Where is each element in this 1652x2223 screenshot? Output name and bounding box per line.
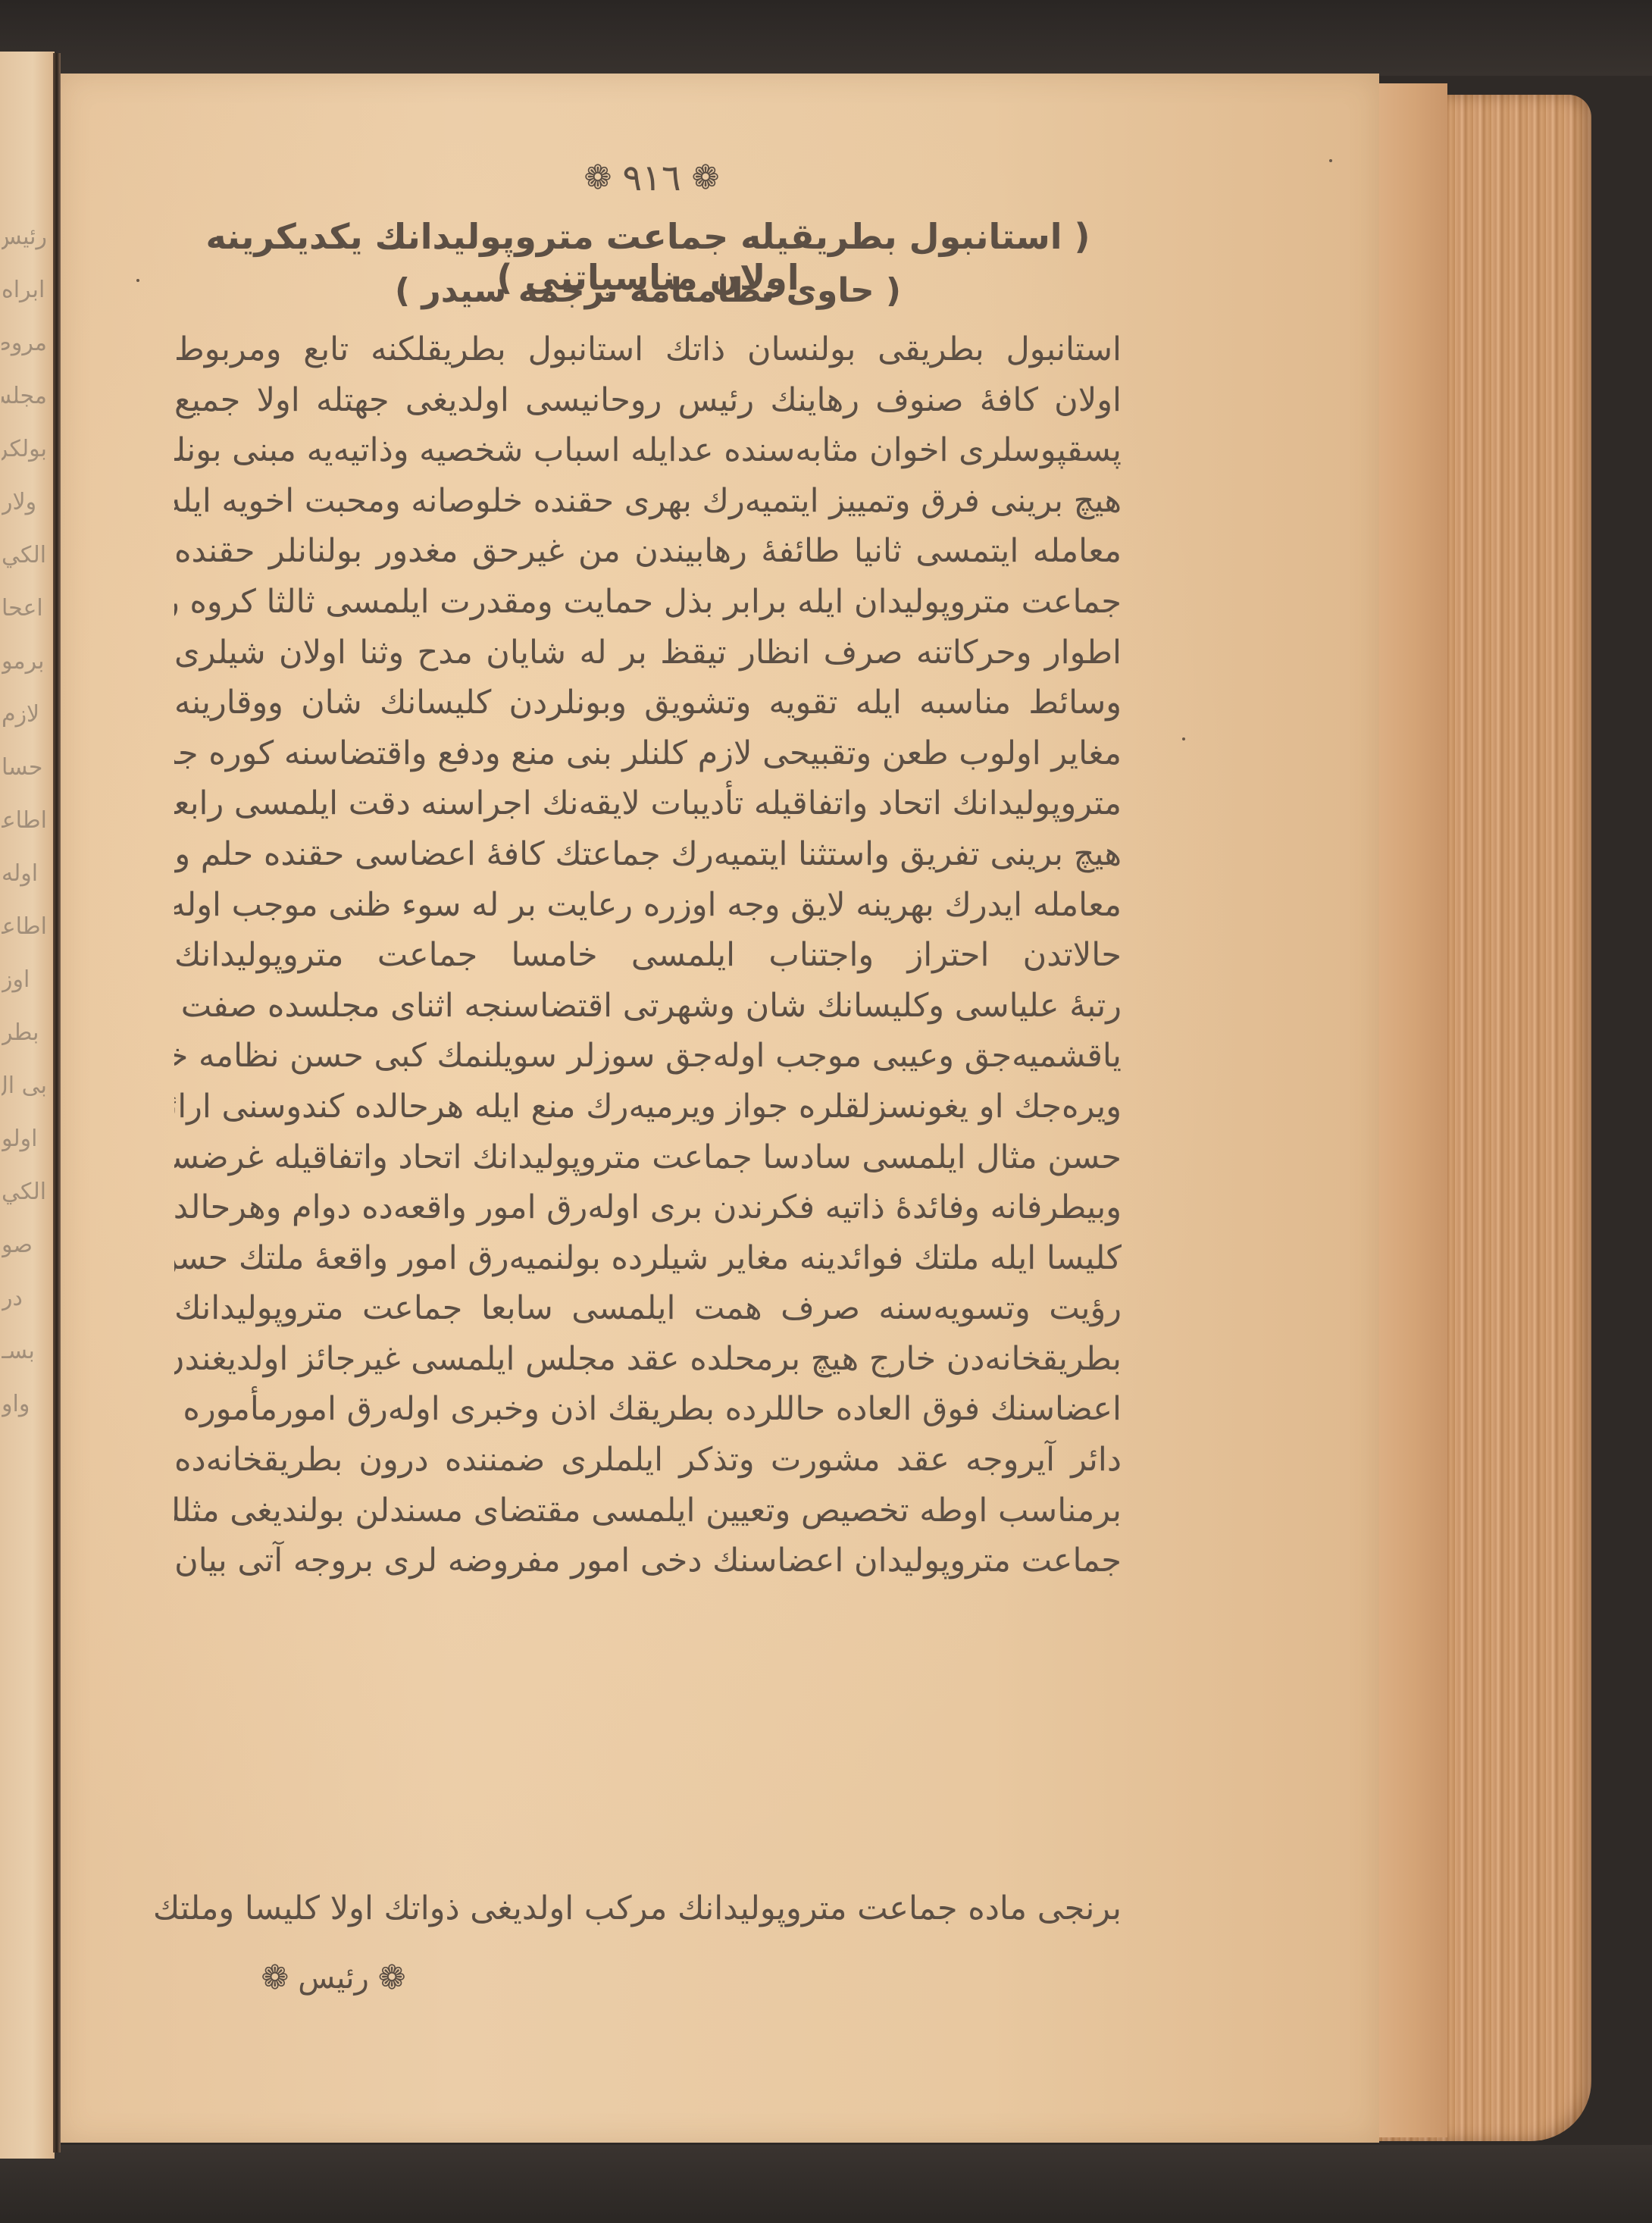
text-line: كليسا ايله ملتك فوائدينه مغاير شيلرده بو… bbox=[174, 1233, 1122, 1284]
text-line: متروپوليدانك اتحاد واتفاقيله تأديبات لاي… bbox=[174, 778, 1122, 829]
text-line: اولان كافهٔ صنوف رهاينك رئيس روحانيسى او… bbox=[174, 375, 1122, 426]
left-fragment-line: صو bbox=[2, 1219, 47, 1272]
left-fragment-line: لازم bbox=[2, 688, 47, 741]
page-number-value: ٩١٦ bbox=[622, 157, 681, 199]
text-line: معامله ايدرك بهرينه لايق وجه اوزره رعايت… bbox=[174, 880, 1122, 931]
floral-ornament-icon: ❁ bbox=[692, 161, 720, 195]
paper-speck bbox=[1329, 159, 1332, 162]
floral-ornament-icon: ❁ bbox=[584, 161, 612, 195]
text-line: برمناسب اوطه تخصيص وتعيين ايلمسى مقتضاى … bbox=[174, 1486, 1122, 1536]
catchword-text: رئيس bbox=[298, 1961, 369, 1996]
text-line: حالاتدن احتراز واجتناب ايلمسى خامسا جماع… bbox=[174, 930, 1122, 981]
left-fragment-line: برمو bbox=[2, 635, 47, 688]
text-line: مغاير اولوب طعن وتقبيحى لازم كلنلر بنى م… bbox=[174, 728, 1122, 779]
article-heading-line: برنجى ماده جماعت متروپوليدانك مركب اولدي… bbox=[174, 1883, 1122, 1933]
text-line: اعضاسنك فوق العاده حاللرده بطريقك اذن وخ… bbox=[174, 1384, 1122, 1435]
text-line: جماعت متروپوليدان ايله برابر بذل حمايت و… bbox=[174, 577, 1122, 628]
body-text: استانبول بطريقى بولنسان ذاتك استانبول بط… bbox=[174, 324, 1122, 1586]
text-line: دائر آيروجه عقد مشورت وتذكر ايلملرى ضمنن… bbox=[174, 1435, 1122, 1486]
paper-speck bbox=[136, 279, 139, 282]
left-fragment-line: اعحا bbox=[2, 582, 47, 635]
text-line: استانبول بطريقى بولنسان ذاتك استانبول بط… bbox=[174, 324, 1122, 375]
left-fragment-line: اوز bbox=[2, 953, 47, 1007]
scanner-background-top bbox=[0, 0, 1652, 76]
text-line: اطوار وحركاتنه صرف انظار تيقظ بر له شايا… bbox=[174, 628, 1122, 678]
scanner-background-bottom bbox=[0, 2145, 1652, 2223]
text-line: ياقشميه‌جق وعيبى موجب اوله‌جق سوزلر سويل… bbox=[174, 1031, 1122, 1082]
section-subtitle: ( حاوى نظامنامه ترجمه سيدر ) bbox=[174, 271, 1122, 310]
text-line: وسائط مناسبه ايله تقويه وتشويق وبونلردن … bbox=[174, 678, 1122, 728]
left-fragment-line: بسـ bbox=[2, 1325, 47, 1378]
left-fragment-line: بولكر bbox=[2, 423, 47, 476]
left-fragment-line: بطر bbox=[2, 1007, 47, 1060]
left-fragment-line: اطاعـ bbox=[2, 794, 47, 847]
text-line: پسقپوسلرى اخوان مثابه‌سنده عدايله اسباب … bbox=[174, 425, 1122, 476]
text-line: معامله ايتمسى ثانيا طائفهٔ رهابيندن من غ… bbox=[174, 526, 1122, 577]
left-fragment-line: اوله bbox=[2, 847, 47, 900]
text-line: جماعت متروپوليدان اعضاسنك دخى امور مفروض… bbox=[174, 1536, 1122, 1586]
left-fragment-line: مروص bbox=[2, 317, 47, 370]
text-line: رؤيت وتسويه‌سنه صرف همت ايلمسى سابعا جما… bbox=[174, 1283, 1122, 1334]
left-fragment-line: رئيس bbox=[2, 211, 47, 264]
left-fragment-line: اطاعـ bbox=[2, 900, 47, 953]
left-fragment-line: بى ال bbox=[2, 1060, 47, 1113]
left-fragment-line: حسا bbox=[2, 741, 47, 794]
left-fragment-line: واو bbox=[2, 1378, 47, 1431]
text-line: حسن مثال ايلمسى سادسا جماعت متروپوليدانك… bbox=[174, 1132, 1122, 1183]
text-line: ويره‌جك او يغونسزلقلره جواز ويرميه‌رك من… bbox=[174, 1082, 1122, 1132]
book-gutter bbox=[53, 53, 61, 2153]
paper-speck bbox=[1182, 737, 1185, 740]
left-fragment-line: الكي bbox=[2, 1166, 47, 1219]
left-fragment-line: الكي bbox=[2, 529, 47, 582]
left-fragment-line: در bbox=[2, 1272, 47, 1325]
left-fragment-line: اولو bbox=[2, 1113, 47, 1166]
text-line: بطريقخانه‌دن خارج هيچ برمحلده عقد مجلس ا… bbox=[174, 1334, 1122, 1385]
floral-ornament-icon: ❁ bbox=[261, 1962, 289, 1995]
text-line: وبيطرفانه وفائدهٔ ذاتيه فكرندن برى اوله‌… bbox=[174, 1182, 1122, 1233]
floral-ornament-icon: ❁ bbox=[378, 1962, 406, 1995]
left-fragment-line: ابراه bbox=[2, 264, 47, 317]
previous-page-fragment: رئيس ابراه مروص مجلس بولكر ولار الكي اعح… bbox=[0, 52, 55, 2159]
left-fragment-line: مجلس bbox=[2, 370, 47, 423]
left-fragment-line: ولار bbox=[2, 476, 47, 529]
page-number: ❁ ٩١٦ ❁ bbox=[561, 148, 743, 208]
text-line: هيچ برينى تفريق واستثنا ايتميه‌رك جماعتك… bbox=[174, 829, 1122, 880]
catchword: ❁ رئيس ❁ bbox=[235, 1948, 432, 2009]
text-line: رتبهٔ علياسى وكليسانك شان وشهرتى اقتضاسن… bbox=[174, 981, 1122, 1032]
text-line: هيچ برينى فرق وتمييز ايتميه‌رك بهرى حقند… bbox=[174, 476, 1122, 527]
